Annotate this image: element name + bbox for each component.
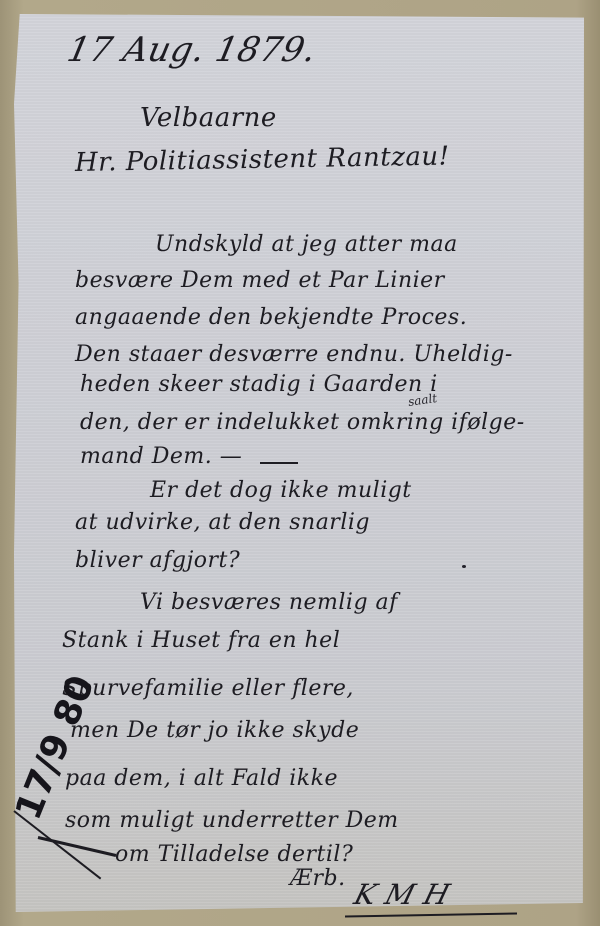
body-line: som muligt underretter Dem	[65, 808, 399, 833]
body-line: heden skeer stadig i Gaarden i	[80, 372, 438, 397]
body-line: Stank i Huset fra en hel	[62, 628, 340, 653]
body-line: Undskyld at jeg atter maa	[155, 232, 458, 257]
body-line: om Tilladelse dertil?	[115, 842, 353, 867]
body-line: angaaende den bekjendte Proces.	[75, 305, 467, 330]
body-line: Den staaer desværre endnu. Uheldig-	[75, 342, 513, 367]
letter-closing: Ærb.	[290, 866, 346, 891]
body-line: besvære Dem med et Par Linier	[75, 268, 445, 293]
body-line: men De tør jo ikke skyde	[70, 718, 359, 743]
body-line: Vi besværes nemlig af	[140, 590, 398, 615]
body-line: den, der er indelukket omkring ifølge-	[80, 410, 525, 435]
letter-salutation: Velbaarne	[140, 103, 277, 133]
letter-signature: K M H	[351, 878, 454, 911]
body-line: bliver afgjort?	[75, 548, 240, 573]
ink-dash	[260, 462, 298, 464]
letter-date: 17 Aug. 1879.	[64, 30, 320, 70]
body-line: Spurvefamilie eller flere,	[62, 676, 354, 701]
body-line: paa dem, i alt Fald ikke	[65, 766, 338, 791]
body-line: Er det dog ikke muligt	[150, 478, 412, 503]
body-line: at udvirke, at den snarlig	[75, 510, 370, 535]
body-line: mand Dem. —	[80, 444, 242, 469]
ink-blot	[462, 565, 466, 568]
